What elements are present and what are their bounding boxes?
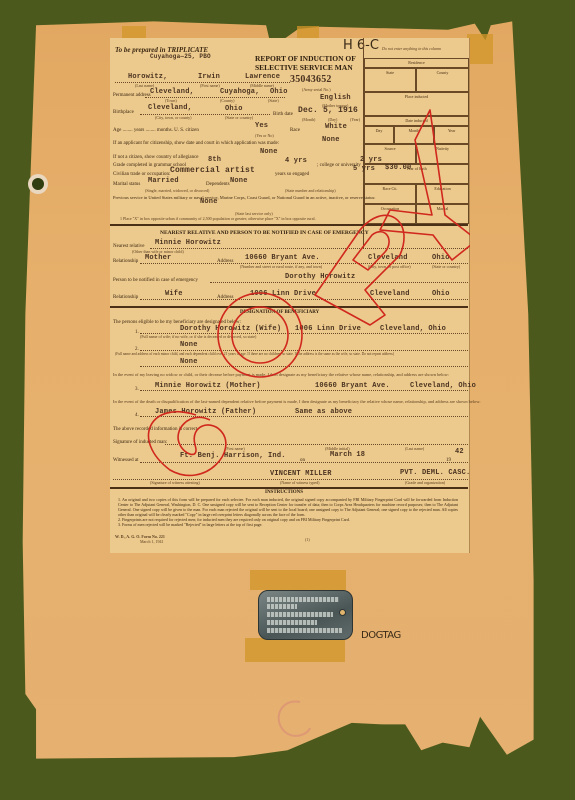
citizenship-application-label: If an applicant for citizenship, show da… [113, 141, 279, 147]
sidebox-day: Day [364, 126, 394, 144]
address-county: Cuyahoga, [220, 88, 260, 96]
tape-right [467, 34, 493, 64]
witness-grade-hint: (Grade and organization) [405, 481, 445, 486]
birth-city-label: (City, town, or county) [155, 116, 192, 121]
tape-dogtag-bottom [245, 638, 345, 662]
section-divider-3 [110, 487, 468, 489]
dogtag-label: DOGTAG [361, 630, 401, 641]
beneficiary-1-hint: (Full name of wife; if no wife, or if sh… [140, 335, 256, 340]
relationship: Mother [145, 254, 171, 262]
us-citizen: Yes [255, 122, 268, 130]
sidebox-state: State [364, 68, 416, 92]
birth-date-label: Birth date [273, 112, 293, 118]
sidebox-county: County [416, 68, 469, 92]
relative-state-hint: (State or country) [432, 265, 460, 270]
notify-city: Cleveland [370, 290, 410, 298]
sidebox-month: Month [394, 126, 434, 144]
witness-name: VINCENT MILLER [270, 470, 332, 478]
relative-city: Cleveland [368, 254, 408, 262]
address-town: Cleveland, [150, 88, 194, 96]
birth-year-label: (Year) [350, 118, 360, 123]
induction-form: To be prepared in TRIPLICATE Cuyahoga—25… [110, 38, 470, 553]
sidebox-place-inducted: Place inducted [364, 92, 469, 116]
race-label: Race [290, 128, 300, 134]
relative-address-label: Address [217, 259, 233, 265]
age-label: Age ........ years ........ months. U. S… [113, 128, 199, 134]
relative-address: 10660 Bryant Ave. [245, 254, 320, 262]
previous-service: None [200, 198, 218, 206]
previous-service-label: Previous service in United States milita… [113, 195, 376, 200]
page-number: (1) [305, 538, 310, 543]
notify-address: 1006 Linn Drive [250, 290, 316, 298]
notify-state: Ohio [432, 290, 450, 298]
army-serial-number: 35043652 [290, 74, 332, 86]
dogtag-hole [339, 609, 346, 616]
last-name: Horowitz, [128, 73, 168, 81]
birth-date: Dec. 5, 1916 [298, 106, 358, 116]
beneficiary-2b-rule [140, 366, 468, 367]
beneficiary-4-num: 4. [135, 413, 139, 419]
sidebox-residence: Residence [364, 58, 469, 68]
signature-rule [165, 444, 468, 445]
occupation: Commercial artist [170, 166, 255, 176]
birthplace-label: Birthplace [113, 110, 134, 116]
signature-label: Signature of inducted man: [113, 440, 167, 446]
salary: $30.00 [385, 164, 411, 172]
notify-name: Dorothy Horowitz [285, 273, 355, 281]
serial-label: (Army serial No.) [302, 88, 331, 93]
section-divider-2 [110, 306, 468, 308]
footnote: 1 Place "X" in box opposite urban if com… [120, 217, 316, 222]
allegiance-value: None [260, 148, 278, 156]
allegiance-label: If not a citizen, show country of allegi… [113, 155, 199, 161]
punch-hole [28, 174, 48, 194]
event-text-2: In the event of the death or disqualific… [113, 399, 481, 404]
birthplace-city: Cleveland, [148, 104, 192, 112]
marital-hint: (Single, married, widowed, or divorced) [145, 189, 209, 194]
correct-statement: The above recorded information is correc… [113, 427, 199, 433]
witness-rule [140, 462, 468, 463]
dogtag-line [267, 628, 342, 633]
sidebox-nativity: Nativity [416, 144, 469, 164]
relative-state: Ohio [432, 254, 450, 262]
emergency-heading: NEAREST RELATIVE AND PERSON TO BE NOTIFI… [160, 230, 369, 237]
sidebox-occupation: Occupation [364, 204, 416, 224]
dependents: None [230, 177, 248, 185]
beneficiary-3-num: 3. [135, 387, 139, 393]
beneficiary-1-num: 1. [135, 330, 139, 336]
mother-tongue: English [320, 94, 351, 102]
notify-relationship-rule [140, 299, 468, 300]
marital-status: Married [148, 177, 179, 185]
beneficiary-4-rule [140, 416, 468, 417]
notify-relationship: Wife [165, 290, 183, 298]
witness-grade: PVT. DEML. CASC. [400, 469, 470, 477]
permanent-address-label: Permanent address [113, 93, 151, 99]
county-label: (County) [220, 99, 234, 104]
office-use-column: Do not enter anything in this column Res… [363, 38, 468, 248]
dog-tag [258, 590, 353, 640]
local-board: Cuyahoga—25, PBO [150, 53, 211, 60]
instruction-1: 1. An original and two copies of this fo… [118, 497, 458, 517]
sidebox-note: Do not enter anything in this column [382, 47, 441, 52]
dogtag-line [267, 620, 317, 625]
witness-name-hint: (Name of witness typed) [280, 481, 319, 486]
on-label: on [300, 458, 305, 464]
beneficiary-2-hint: (Full name and address of each minor chi… [115, 352, 394, 356]
notify-address-label: Address [217, 295, 233, 301]
relationship-label: Relationship [113, 259, 138, 265]
year-prefix: 19 [446, 458, 451, 464]
years-engaged: 5 yrs [353, 165, 375, 173]
marital-label: Marital status [113, 182, 140, 188]
instruction-3: 3. Forms of men rejected will be marked … [118, 522, 458, 527]
dependents-label: Dependents [206, 182, 230, 188]
witnessed-place: Ft. Benj. Harrison, Ind. [180, 452, 286, 460]
dependents-hint: (State number and relationship) [285, 189, 336, 194]
dogtag-line [267, 604, 297, 609]
address-state: Ohio [270, 88, 288, 96]
citizenship-application: None [322, 136, 340, 144]
sidebox-education: Education [416, 184, 469, 204]
birth-month-label: (Month) [302, 118, 315, 123]
last-name-hint: (Last name) [405, 447, 424, 452]
notify-rule [210, 282, 468, 283]
middle-name: Lawrence [245, 73, 280, 81]
race: White [325, 123, 347, 131]
years-engaged-label: years so engaged [275, 172, 309, 178]
nearest-relative-rule [150, 248, 468, 249]
birthplace-state: Ohio [225, 105, 243, 113]
form-date: March 1, 1941 [140, 540, 163, 545]
witness-date: March 18 [330, 451, 365, 459]
form-title-line1: REPORT OF INDUCTION OF [255, 54, 356, 63]
sidebox-year-of-birth: Year of birth [364, 164, 469, 184]
witness-year: 42 [455, 448, 464, 456]
instructions-body: 1. An original and two copies of this fo… [118, 497, 458, 527]
sidebox-race-cit: Race Cit. [364, 184, 416, 204]
form-title-line2: SELECTIVE SERVICE MAN [255, 63, 353, 72]
high-school-years: 4 yrs [285, 157, 307, 165]
first-name: Irwin [198, 73, 220, 81]
beneficiary-2: None [180, 341, 198, 349]
state-label: (State) [268, 99, 279, 104]
instructions-heading: INSTRUCTIONS [265, 490, 303, 496]
sidebox-year: Year [434, 126, 469, 144]
section-divider-1 [110, 224, 468, 226]
notify-relationship-label: Relationship [113, 295, 138, 301]
college-years: 2 yrs [360, 156, 382, 164]
dogtag-line [267, 612, 333, 617]
witnessed-at-label: Witnessed at [113, 458, 139, 464]
nearest-relative: Minnie Horowitz [155, 239, 221, 247]
witness-sig-hint: (Signature of witness attesting) [150, 481, 200, 486]
grammar-school-grade: 8th [208, 156, 221, 164]
beneficiary-3-rule [140, 390, 468, 391]
event-text-1: In the event of my leaving no widow or c… [113, 372, 449, 377]
tape-dogtag-top [250, 570, 346, 590]
notify-label: Person to be notified in case of emergen… [113, 278, 198, 284]
beneficiary-2-rule [140, 350, 468, 351]
beneficiary-heading: DESIGNATION OF BENEFICIARY [240, 310, 319, 316]
sidebox-marital: Marital [416, 204, 469, 224]
first-name-label: (First name) [200, 84, 220, 89]
dogtag-line [267, 597, 339, 602]
relative-address-hint: (Number and street or rural route, if an… [240, 265, 322, 270]
citizen-yes-no-label: (Yes or No) [255, 134, 274, 139]
sidebox-date-inducted: Date inducted [364, 116, 469, 126]
birth-state-label: (State or country) [225, 116, 253, 121]
relative-city-hint: (City, town, or post office) [368, 265, 411, 270]
